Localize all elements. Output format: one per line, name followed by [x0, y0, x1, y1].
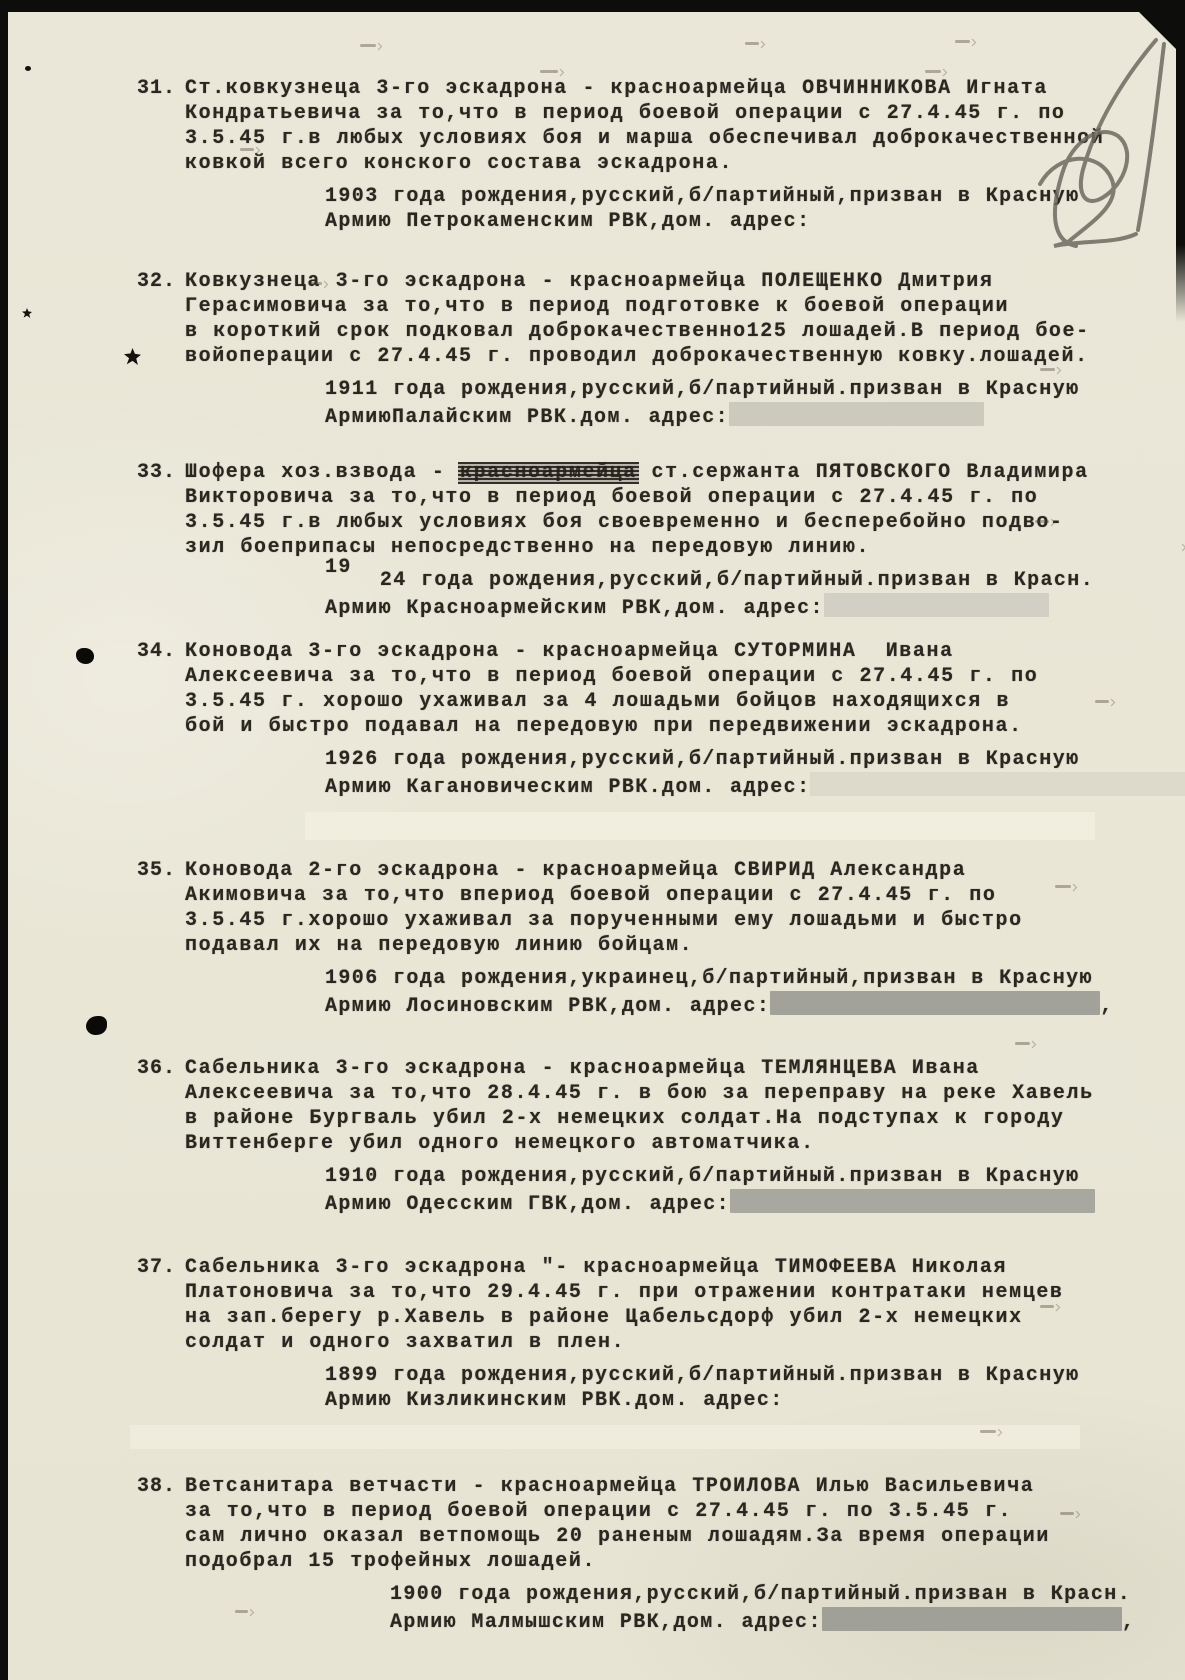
- entry-body: Ст.ковкузнеца 3-го эскадрона - красноарм…: [185, 76, 1095, 234]
- entry-text-segment: ,: [1122, 1611, 1135, 1634]
- entry-number: 31.: [137, 76, 185, 101]
- entry-bio-line: 1900 года рождения,русский,б/партийный.п…: [390, 1582, 1095, 1607]
- entry-text-line: Викторовича за то,что в период боевой оп…: [185, 485, 1095, 510]
- redacted-address: [822, 1607, 1122, 1631]
- bleed-smudge: [745, 42, 759, 45]
- entry-bio-line: Армию Одесским ГВК,дом. адрес:: [325, 1189, 1095, 1217]
- entry-number: 36.: [137, 1056, 185, 1081]
- entry-text-line: 3.5.45 г.в любых условиях боя и марша об…: [185, 126, 1095, 151]
- entry-bio-line: 1926 года рождения,русский,б/партийный.п…: [325, 747, 1095, 772]
- entry-bio: 1899 года рождения,русский,б/партийный.п…: [325, 1363, 1095, 1413]
- award-entry: 31.Ст.ковкузнеца 3-го эскадрона - красно…: [137, 76, 1137, 234]
- entry-bio-line: Армию Петрокаменским РВК,дом. адрес:: [325, 209, 1095, 234]
- entry-bio-line: 1910 года рождения,русский,б/партийный.п…: [325, 1164, 1095, 1189]
- entry-text-line: в короткий срок подковал доброкачественн…: [185, 319, 1095, 344]
- entry-text-line: сам лично оказал ветпомощь 20 раненым ло…: [185, 1524, 1095, 1549]
- redacted-address: [824, 593, 1049, 617]
- redacted-address: [729, 402, 984, 426]
- entry-number: 38.: [137, 1474, 185, 1499]
- entry-bio: 1906 года рождения,украинец,б/партийный,…: [325, 966, 1095, 1019]
- entry-text-line: 3.5.45 г.в любых условиях боя своевремен…: [185, 510, 1095, 535]
- entry-text-line: Ветсанитара ветчасти - красноармейца ТРО…: [185, 1474, 1095, 1499]
- bleed-smudge: [955, 40, 970, 43]
- entry-text-line: Алексеевича за то,что 28.4.45 г. в бою з…: [185, 1081, 1095, 1106]
- entry-number: 35.: [137, 858, 185, 883]
- entry-number: 34.: [137, 639, 185, 664]
- entry-text-line: солдат и одного захватил в плен.: [185, 1330, 1095, 1355]
- entry-bio-line: Армию Лосиновским РВК,дом. адрес:,: [325, 991, 1095, 1019]
- entry-bio: 1903 года рождения,русский,б/партийный,п…: [325, 184, 1095, 234]
- entry-text-line: Шофера хоз.взвода - красноармейца ст.сер…: [185, 460, 1095, 485]
- bleed-smudge: [1095, 700, 1109, 703]
- entry-text-line: на зап.берегу р.Хавель в районе Цабельсд…: [185, 1305, 1095, 1330]
- bleed-smudge: [235, 1610, 248, 1613]
- punch-hole: [76, 648, 94, 664]
- whiteout-redaction-strip: [130, 1425, 1080, 1449]
- scan-speck: [25, 66, 31, 71]
- entry-text-line: Сабельника 3-го эскадрона "- красноармей…: [185, 1255, 1095, 1280]
- bleed-smudge: [1060, 1512, 1074, 1515]
- entry-text-line: подобрал 15 трофейных лошадей.: [185, 1549, 1095, 1574]
- entry-bio-line: 1899 года рождения,русский,б/партийный.п…: [325, 1363, 1095, 1388]
- entry-body: Сабельника 3-го эскадрона "- красноармей…: [185, 1255, 1095, 1449]
- handwritten-year-prefix: 19: [325, 555, 352, 580]
- entry-bio-line: 1911 года рождения,русский,б/партийный.п…: [325, 377, 1095, 402]
- entry-text-line: Сабельника 3-го эскадрона - красноармейц…: [185, 1056, 1095, 1081]
- entry-body: Ветсанитара ветчасти - красноармейца ТРО…: [185, 1474, 1095, 1635]
- entry-text-line: Платоновича за то,что 29.4.45 г. при отр…: [185, 1280, 1095, 1305]
- bleed-smudge: [240, 148, 254, 151]
- entry-text-line: 3.5.45 г.хорошо ухаживал за порученными …: [185, 908, 1095, 933]
- redacted-address: [810, 772, 1185, 796]
- entry-body: Коновода 3-го эскадрона - красноармейца …: [185, 639, 1095, 840]
- entry-body: Ковкузнеца 3-го эскадрона - красноармейц…: [185, 269, 1095, 430]
- entry-number: 33.: [137, 460, 185, 485]
- award-entry: 34.Коновода 3-го эскадрона - красноармей…: [137, 639, 1137, 840]
- entry-text-segment: ,: [1100, 995, 1113, 1018]
- entry-text-line: ковкой всего конского состава эскадрона.: [185, 151, 1095, 176]
- entry-body: Коновода 2-го эскадрона - красноармейца …: [185, 858, 1095, 1019]
- award-entry: 36.Сабельника 3-го эскадрона - красноарм…: [137, 1056, 1137, 1217]
- entry-text-line: Кондратьевича за то,что в период боевой …: [185, 101, 1095, 126]
- entry-text-line: Коновода 2-го эскадрона - красноармейца …: [185, 858, 1095, 883]
- entry-text-line: за то,что в период боевой операции с 27.…: [185, 1499, 1095, 1524]
- entry-text-line: бой и быстро подавал на передовую при пе…: [185, 714, 1095, 739]
- award-entry: 33.Шофера хоз.взвода - красноармейца ст.…: [137, 460, 1137, 621]
- bleed-smudge: [980, 1430, 996, 1433]
- entry-bio: 1926 года рождения,русский,б/партийный.п…: [325, 747, 1095, 800]
- entry-body: Шофера хоз.взвода - красноармейца ст.сер…: [185, 460, 1095, 621]
- bleed-smudge: [925, 70, 941, 73]
- entry-text-line: Виттенберге убил одного немецкого автома…: [185, 1131, 1095, 1156]
- entries: 31.Ст.ковкузнеца 3-го эскадрона - красно…: [137, 76, 1137, 1635]
- entry-number: 32.: [137, 269, 185, 294]
- entry-bio-line: 1924 года рождения,русский,б/партийный.п…: [325, 568, 1095, 593]
- bleed-smudge: [540, 70, 558, 73]
- entry-text-line: Ст.ковкузнеца 3-го эскадрона - красноарм…: [185, 76, 1095, 101]
- entry-text-line: 3.5.45 г. хорошо ухаживал за 4 лошадьми …: [185, 689, 1095, 714]
- entry-number: 37.: [137, 1255, 185, 1280]
- entry-bio-line: Армию Кагановическим РВК.дом. адрес:: [325, 772, 1095, 800]
- bleed-smudge: [360, 44, 376, 47]
- bleed-smudge: [1040, 368, 1055, 371]
- bleed-smudge: [1040, 1305, 1054, 1308]
- entry-bio-line: Армию Малмышским РВК,дом. адрес:,: [390, 1607, 1095, 1635]
- entry-bio: 1910 года рождения,русский,б/партийный.п…: [325, 1164, 1095, 1217]
- entry-text-segment: ст.сержанта ПЯТОВСКОГО Владимира: [637, 461, 1089, 484]
- scan-edge: [1176, 12, 1185, 322]
- entry-text-line: Герасимовича за то,что в период подготов…: [185, 294, 1095, 319]
- award-entry: 32.Ковкузнеца 3-го эскадрона - красноарм…: [137, 269, 1137, 430]
- scanned-page: 31.Ст.ковкузнеца 3-го эскадрона - красно…: [0, 0, 1185, 1680]
- bleed-smudge: [1055, 885, 1071, 888]
- entry-text-line: войоперации с 27.4.45 г. проводил доброк…: [185, 344, 1095, 369]
- entry-text-line: Коновода 3-го эскадрона - красноармейца …: [185, 639, 1095, 664]
- entry-bio-line: 1906 года рождения,украинец,б/партийный,…: [325, 966, 1095, 991]
- entry-text-line: подавал их на передовую линию бойцам.: [185, 933, 1095, 958]
- award-entry: 38.Ветсанитара ветчасти - красноармейца …: [137, 1474, 1137, 1635]
- handwritten-page-number: [988, 34, 1173, 249]
- punch-hole: [86, 1016, 107, 1035]
- entry-text-line: в районе Бургваль убил 2-х немецких солд…: [185, 1106, 1095, 1131]
- entry-bio: 1924 года рождения,русский,б/партийный.п…: [325, 568, 1095, 621]
- entry-text-line: Акимовича за то,что впериод боевой опера…: [185, 883, 1095, 908]
- entry-bio-line: Армию Кизликинским РВК.дом. адрес:: [325, 1388, 1095, 1413]
- bleed-smudge: [310, 282, 322, 285]
- whiteout-redaction-strip: [305, 812, 1095, 840]
- entry-body: Сабельника 3-го эскадрона - красноармейц…: [185, 1056, 1095, 1217]
- redacted-address: [770, 991, 1100, 1015]
- redacted-address: [730, 1189, 1095, 1213]
- award-entry: 35.Коновода 2-го эскадрона - красноармей…: [137, 858, 1137, 1019]
- entry-text-segment: Шофера хоз.взвода -: [185, 461, 460, 484]
- bleed-smudge: [1035, 520, 1049, 523]
- entry-bio-line: 1903 года рождения,русский,б/партийный,п…: [325, 184, 1095, 209]
- entry-bio-line: АрмиюПалайским РВК.дом. адрес:: [325, 402, 1095, 430]
- bleed-smudge: [1015, 1042, 1030, 1045]
- award-entry: 37.Сабельника 3-го эскадрона "- красноар…: [137, 1255, 1137, 1449]
- entry-bio: 1911 года рождения,русский,б/партийный.п…: [325, 377, 1095, 430]
- overtyped-strikethrough-text: красноармейца: [460, 460, 637, 485]
- entry-bio-line: Армию Красноармейским РВК,дом. адрес:: [325, 593, 1095, 621]
- entry-bio: 1900 года рождения,русский,б/партийный.п…: [390, 1582, 1095, 1635]
- entry-text-line: зил боеприпасы непосредственно на передо…: [185, 535, 1095, 560]
- entry-text-line: Алексеевича за то,что в период боевой оп…: [185, 664, 1095, 689]
